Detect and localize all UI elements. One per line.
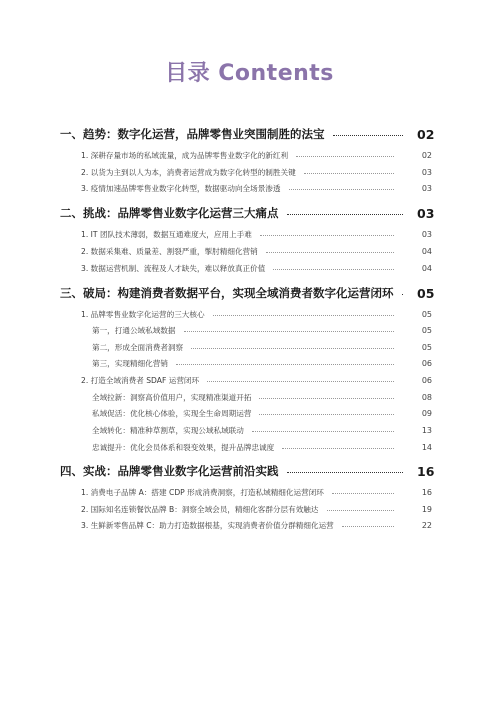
dot-leader (342, 526, 394, 527)
dot-leader (304, 173, 394, 174)
dot-leader (259, 398, 394, 399)
dot-leader (213, 315, 394, 316)
toc-page-number: 05 (420, 310, 432, 319)
toc-item[interactable]: 2. 国际知名连锁餐饮品牌 B：洞察全域会员，精细化客群分层有效触达 19 (81, 504, 432, 515)
toc-subitem[interactable]: 第三，实现精细化营销 06 (92, 358, 432, 369)
dot-leader (296, 156, 394, 157)
toc-subitem[interactable]: 全域拉新：洞察高价值用户，实现精准渠道开拓 08 (92, 392, 432, 403)
toc-page-number: 06 (420, 359, 432, 368)
toc-section-3[interactable]: 三、破局：构建消费者数据平台，实现全域消费者数字化运营闭环 05 (60, 285, 433, 301)
toc-item-label: 2. 打造全域消费者 SDAF 运营闭环 (81, 375, 199, 386)
toc-page-number: 14 (420, 443, 432, 452)
dot-leader (327, 510, 395, 511)
toc-page-number: 04 (420, 247, 432, 256)
toc-page-number: 13 (420, 426, 432, 435)
toc-item-label: 1. 消费电子品牌 A：搭建 CDP 形成消费洞察，打造私域精细化运营闭环 (81, 487, 324, 498)
toc-page-number: 09 (420, 409, 432, 418)
toc-subitem[interactable]: 全域转化：精准种草割草，实现公域私域联动 13 (92, 425, 432, 436)
toc-section-label: 二、挑战：品牌零售业数字化运营三大痛点 (60, 205, 279, 221)
toc-item[interactable]: 3. 疫情加速品牌零售业数字化转型，数据驱动向全场景渗透 03 (81, 183, 432, 194)
toc-item-label: 2. 国际知名连锁餐饮品牌 B：洞察全域会员，精细化客群分层有效触达 (81, 504, 319, 515)
toc-item-label: 全域转化：精准种草割草，实现公域私域联动 (92, 425, 244, 436)
dot-leader (282, 448, 394, 449)
dot-leader (333, 135, 404, 136)
toc-page-number: 05 (420, 343, 432, 352)
toc-item[interactable]: 1. 消费电子品牌 A：搭建 CDP 形成消费洞察，打造私域精细化运营闭环 16 (81, 487, 432, 498)
dot-leader (289, 189, 395, 190)
toc-item-label: 2. 以货为主到以人为本，消费者运营成为数字化转型的制胜关键 (81, 167, 296, 178)
dot-leader (287, 214, 404, 215)
toc-item-label: 1. 品牌零售业数字化运营的三大核心 (81, 309, 205, 320)
toc-page-number: 05 (417, 286, 433, 301)
toc-page-number: 04 (420, 264, 432, 273)
dot-leader (332, 493, 394, 494)
dot-leader (260, 235, 394, 236)
toc-section-2[interactable]: 二、挑战：品牌零售业数字化运营三大痛点 03 (60, 205, 433, 221)
toc-section-label: 一、趋势：数字化运营，品牌零售业突围制胜的法宝 (60, 126, 325, 142)
toc-page-number: 16 (417, 464, 433, 479)
dot-leader (176, 364, 394, 365)
toc-subitem[interactable]: 忠诚提升：优化会员体系和裂变效果，提升品牌忠诚度 14 (92, 442, 432, 453)
dot-leader (259, 414, 394, 415)
toc-item-label: 第二，形成全面消费者洞察 (92, 342, 183, 353)
toc-page-number: 03 (420, 168, 432, 177)
toc-item-label: 3. 生鲜新零售品牌 C：助力打造数据根基，实现消费者价值分群精细化运营 (81, 520, 334, 531)
toc-page-number: 02 (417, 127, 433, 142)
toc-section-1[interactable]: 一、趋势：数字化运营，品牌零售业突围制胜的法宝 02 (60, 126, 433, 142)
toc-item-label: 第三，实现精细化营销 (92, 358, 168, 369)
toc-item-label: 忠诚提升：优化会员体系和裂变效果，提升品牌忠诚度 (92, 442, 274, 453)
dot-leader (207, 381, 394, 382)
dot-leader (266, 252, 394, 253)
toc-subitem[interactable]: 第一，打通公域私域数据 05 (92, 325, 432, 336)
toc-section-label: 三、破局：构建消费者数据平台，实现全域消费者数字化运营闭环 (60, 285, 394, 301)
page-title: 目录 Contents (0, 56, 499, 87)
dot-leader (184, 331, 394, 332)
toc-section-label: 四、实战：品牌零售业数字化运营前沿实践 (60, 463, 279, 479)
toc-page-number: 19 (420, 505, 432, 514)
toc-item-label: 第一，打通公域私域数据 (92, 325, 176, 336)
toc-item[interactable]: 1. 品牌零售业数字化运营的三大核心 05 (81, 309, 432, 320)
toc-page-number: 22 (420, 521, 432, 530)
toc-item[interactable]: 2. 数据采集难、质量差、割裂严重，掣肘精细化营销 04 (81, 246, 432, 257)
toc-item[interactable]: 2. 打造全域消费者 SDAF 运营闭环 06 (81, 375, 432, 386)
toc-item-label: 2. 数据采集难、质量差、割裂严重，掣肘精细化营销 (81, 246, 258, 257)
dot-leader (252, 431, 394, 432)
toc-section-4[interactable]: 四、实战：品牌零售业数字化运营前沿实践 16 (60, 463, 433, 479)
toc-item-label: 3. 数据运营机制、流程及人才缺失，难以释放真正价值 (81, 263, 265, 274)
toc-page-number: 08 (420, 393, 432, 402)
toc-page-number: 03 (417, 206, 433, 221)
toc-item-label: 1. IT 团队技术薄弱，数据互通难度大，应用上手难 (81, 229, 252, 240)
toc-item[interactable]: 3. 生鲜新零售品牌 C：助力打造数据根基，实现消费者价值分群精细化运营 22 (81, 520, 432, 531)
dot-leader (402, 294, 404, 295)
toc-page-number: 06 (420, 376, 432, 385)
toc-page-number: 05 (420, 326, 432, 335)
toc-page-number: 02 (420, 151, 432, 160)
toc-item-label: 私域促活：优化核心体验，实现全生命周期运营 (92, 408, 251, 419)
toc-item[interactable]: 3. 数据运营机制、流程及人才缺失，难以释放真正价值 04 (81, 263, 432, 274)
toc-item[interactable]: 1. IT 团队技术薄弱，数据互通难度大，应用上手难 03 (81, 229, 432, 240)
toc-subitem[interactable]: 私域促活：优化核心体验，实现全生命周期运营 09 (92, 408, 432, 419)
toc-subitem[interactable]: 第二，形成全面消费者洞察 05 (92, 342, 432, 353)
dot-leader (273, 269, 394, 270)
toc-item-label: 3. 疫情加速品牌零售业数字化转型，数据驱动向全场景渗透 (81, 183, 281, 194)
toc-page-number: 16 (420, 488, 432, 497)
toc-page-number: 03 (420, 230, 432, 239)
dot-leader (191, 348, 394, 349)
toc-page-number: 03 (420, 184, 432, 193)
toc-item[interactable]: 2. 以货为主到以人为本，消费者运营成为数字化转型的制胜关键 03 (81, 167, 432, 178)
toc-item[interactable]: 1. 深耕存量市场的私域流量，成为品牌零售业数字化的新红利 02 (81, 150, 432, 161)
dot-leader (287, 472, 404, 473)
toc-item-label: 全域拉新：洞察高价值用户，实现精准渠道开拓 (92, 392, 251, 403)
toc-item-label: 1. 深耕存量市场的私域流量，成为品牌零售业数字化的新红利 (81, 150, 288, 161)
